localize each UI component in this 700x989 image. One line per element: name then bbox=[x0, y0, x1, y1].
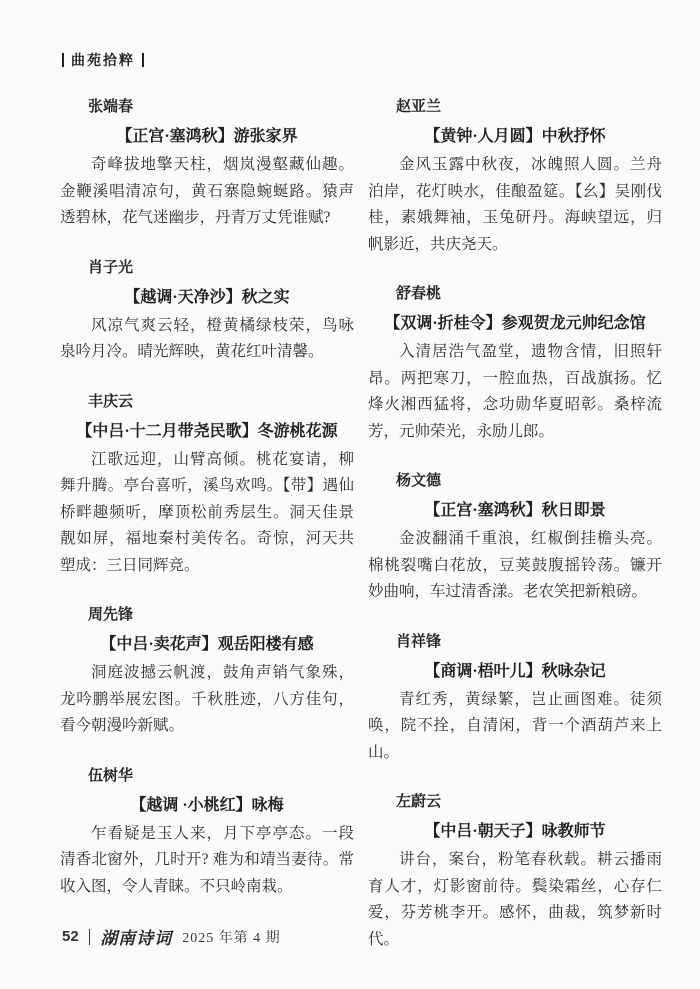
poem-body: 江歌远迎，山臂高倾。桃花宴请，柳舞升腾。亭台喜听，溪鸟欢鸣。【带】遇仙桥畔趣频听… bbox=[60, 447, 354, 580]
poem-author: 左蔚云 bbox=[368, 789, 662, 815]
poem-body: 入清居浩气盈堂，遗物含情，旧照轩昂。两把寒刀，一腔血热，百战旗扬。忆烽火湘西猛将… bbox=[368, 339, 662, 445]
poem-body: 洞庭波撼云帆渡，鼓角声销气象殊，龙吟鹏举展宏图。千秋胜迹，八方佳句，看今朝漫吟新… bbox=[60, 660, 354, 740]
issue-info: 2025 年第 4 期 bbox=[182, 927, 281, 947]
header-right-bar-icon bbox=[142, 53, 144, 67]
poem-title: 【正宫·塞鸿秋】游张家界 bbox=[60, 123, 354, 150]
left-column: 张端春 【正宫·塞鸿秋】游张家界 奇峰拔地擎天柱，烟岚漫壑藏仙趣。金鞭溪唱清凉句… bbox=[60, 94, 354, 976]
poem-body: 金风玉露中秋夜，冰魄照人圆。兰舟泊岸，花灯映水，佳酿盈筵。【幺】吴刚伐桂，素娥舞… bbox=[368, 152, 662, 258]
poem-author: 丰庆云 bbox=[60, 389, 354, 415]
footer-divider-bar-icon bbox=[89, 929, 91, 945]
poem-author: 赵亚兰 bbox=[368, 94, 662, 120]
poem-title: 【黄钟·人月圆】中秋抒怀 bbox=[368, 123, 662, 150]
poem-block: 肖祥锋 【商调·梧叶儿】秋咏杂记 青红秀，黄绿繁，岂止画图难。徒须唤，院不拴，自… bbox=[368, 629, 662, 767]
poem-block: 周先锋 【中吕·卖花声】观岳阳楼有感 洞庭波撼云帆渡，鼓角声销气象殊，龙吟鹏举展… bbox=[60, 602, 354, 740]
poem-author: 肖子光 bbox=[60, 255, 354, 281]
poem-block: 张端春 【正宫·塞鸿秋】游张家界 奇峰拔地擎天柱，烟岚漫壑藏仙趣。金鞭溪唱清凉句… bbox=[60, 94, 354, 232]
poem-author: 舒春桃 bbox=[368, 281, 662, 307]
poem-body: 风凉气爽云轻，橙黄橘绿枝荣，鸟咏泉吟月冷。晴光辉映，黄花红叶清馨。 bbox=[60, 313, 354, 366]
poem-body: 乍看疑是玉人来，月下亭亭态。一段清香北窗外，几时开? 难为和靖当妻待。常收入图，… bbox=[60, 821, 354, 901]
poem-body: 金波翻涌千重浪，红椒倒挂檐头亮。棉桃裂嘴白花放，豆荚鼓腹摇铃荡。镰开妙曲响，车过… bbox=[368, 526, 662, 606]
header-left-bar-icon bbox=[62, 53, 64, 67]
page-footer: 52 湖南诗词 2025 年第 4 期 bbox=[62, 924, 281, 949]
poem-title: 【中吕·卖花声】观岳阳楼有感 bbox=[60, 631, 354, 658]
poem-title: 【中吕·十二月带尧民歌】冬游桃花源 bbox=[60, 418, 354, 445]
poem-body: 讲台，案台，粉笔春秋载。耕云播雨育人才，灯影窗前待。鬓染霜丝，心存仁爱，芬芳桃李… bbox=[368, 847, 662, 953]
section-header: 曲苑拾粹 bbox=[62, 50, 144, 70]
section-header-label: 曲苑拾粹 bbox=[71, 50, 135, 70]
right-column: 赵亚兰 【黄钟·人月圆】中秋抒怀 金风玉露中秋夜，冰魄照人圆。兰舟泊岸，花灯映水… bbox=[368, 94, 662, 976]
poem-title: 【商调·梧叶儿】秋咏杂记 bbox=[368, 658, 662, 685]
poem-block: 赵亚兰 【黄钟·人月圆】中秋抒怀 金风玉露中秋夜，冰魄照人圆。兰舟泊岸，花灯映水… bbox=[368, 94, 662, 258]
poem-block: 伍树华 【越调 ·小桃红】咏梅 乍看疑是玉人来，月下亭亭态。一段清香北窗外，几时… bbox=[60, 763, 354, 901]
poem-body: 青红秀，黄绿繁，岂止画图难。徒须唤，院不拴，自清闲，背一个酒葫芦来上山。 bbox=[368, 687, 662, 767]
poem-title: 【正宫·塞鸿秋】秋日即景 bbox=[368, 497, 662, 524]
poem-author: 张端春 bbox=[60, 94, 354, 120]
journal-name: 湖南诗词 bbox=[100, 924, 172, 949]
poem-block: 舒春桃 【双调·折桂令】参观贺龙元帅纪念馆 入清居浩气盈堂，遗物含情，旧照轩昂。… bbox=[368, 281, 662, 445]
poem-block: 杨文德 【正宫·塞鸿秋】秋日即景 金波翻涌千重浪，红椒倒挂檐头亮。棉桃裂嘴白花放… bbox=[368, 468, 662, 606]
poem-block: 丰庆云 【中吕·十二月带尧民歌】冬游桃花源 江歌远迎，山臂高倾。桃花宴请，柳舞升… bbox=[60, 389, 354, 580]
poem-author: 周先锋 bbox=[60, 602, 354, 628]
poem-title: 【双调·折桂令】参观贺龙元帅纪念馆 bbox=[368, 310, 662, 337]
poem-author: 伍树华 bbox=[60, 763, 354, 789]
poem-author: 杨文德 bbox=[368, 468, 662, 494]
poem-block: 肖子光 【越调·天净沙】秋之实 风凉气爽云轻，橙黄橘绿枝荣，鸟咏泉吟月冷。晴光辉… bbox=[60, 255, 354, 366]
poem-columns: 张端春 【正宫·塞鸿秋】游张家界 奇峰拔地擎天柱，烟岚漫壑藏仙趣。金鞭溪唱清凉句… bbox=[60, 94, 662, 976]
page-number: 52 bbox=[62, 928, 79, 945]
poem-title: 【越调 ·小桃红】咏梅 bbox=[60, 792, 354, 819]
poem-author: 肖祥锋 bbox=[368, 629, 662, 655]
poem-title: 【中吕·朝天子】咏教师节 bbox=[368, 818, 662, 845]
magazine-page: 曲苑拾粹 张端春 【正宫·塞鸿秋】游张家界 奇峰拔地擎天柱，烟岚漫壑藏仙趣。金鞭… bbox=[0, 0, 700, 989]
poem-block: 左蔚云 【中吕·朝天子】咏教师节 讲台，案台，粉笔春秋载。耕云播雨育人才，灯影窗… bbox=[368, 789, 662, 953]
poem-body: 奇峰拔地擎天柱，烟岚漫壑藏仙趣。金鞭溪唱清凉句，黄石寨隐蜿蜒路。猿声透碧林，花气… bbox=[60, 152, 354, 232]
poem-title: 【越调·天净沙】秋之实 bbox=[60, 284, 354, 311]
